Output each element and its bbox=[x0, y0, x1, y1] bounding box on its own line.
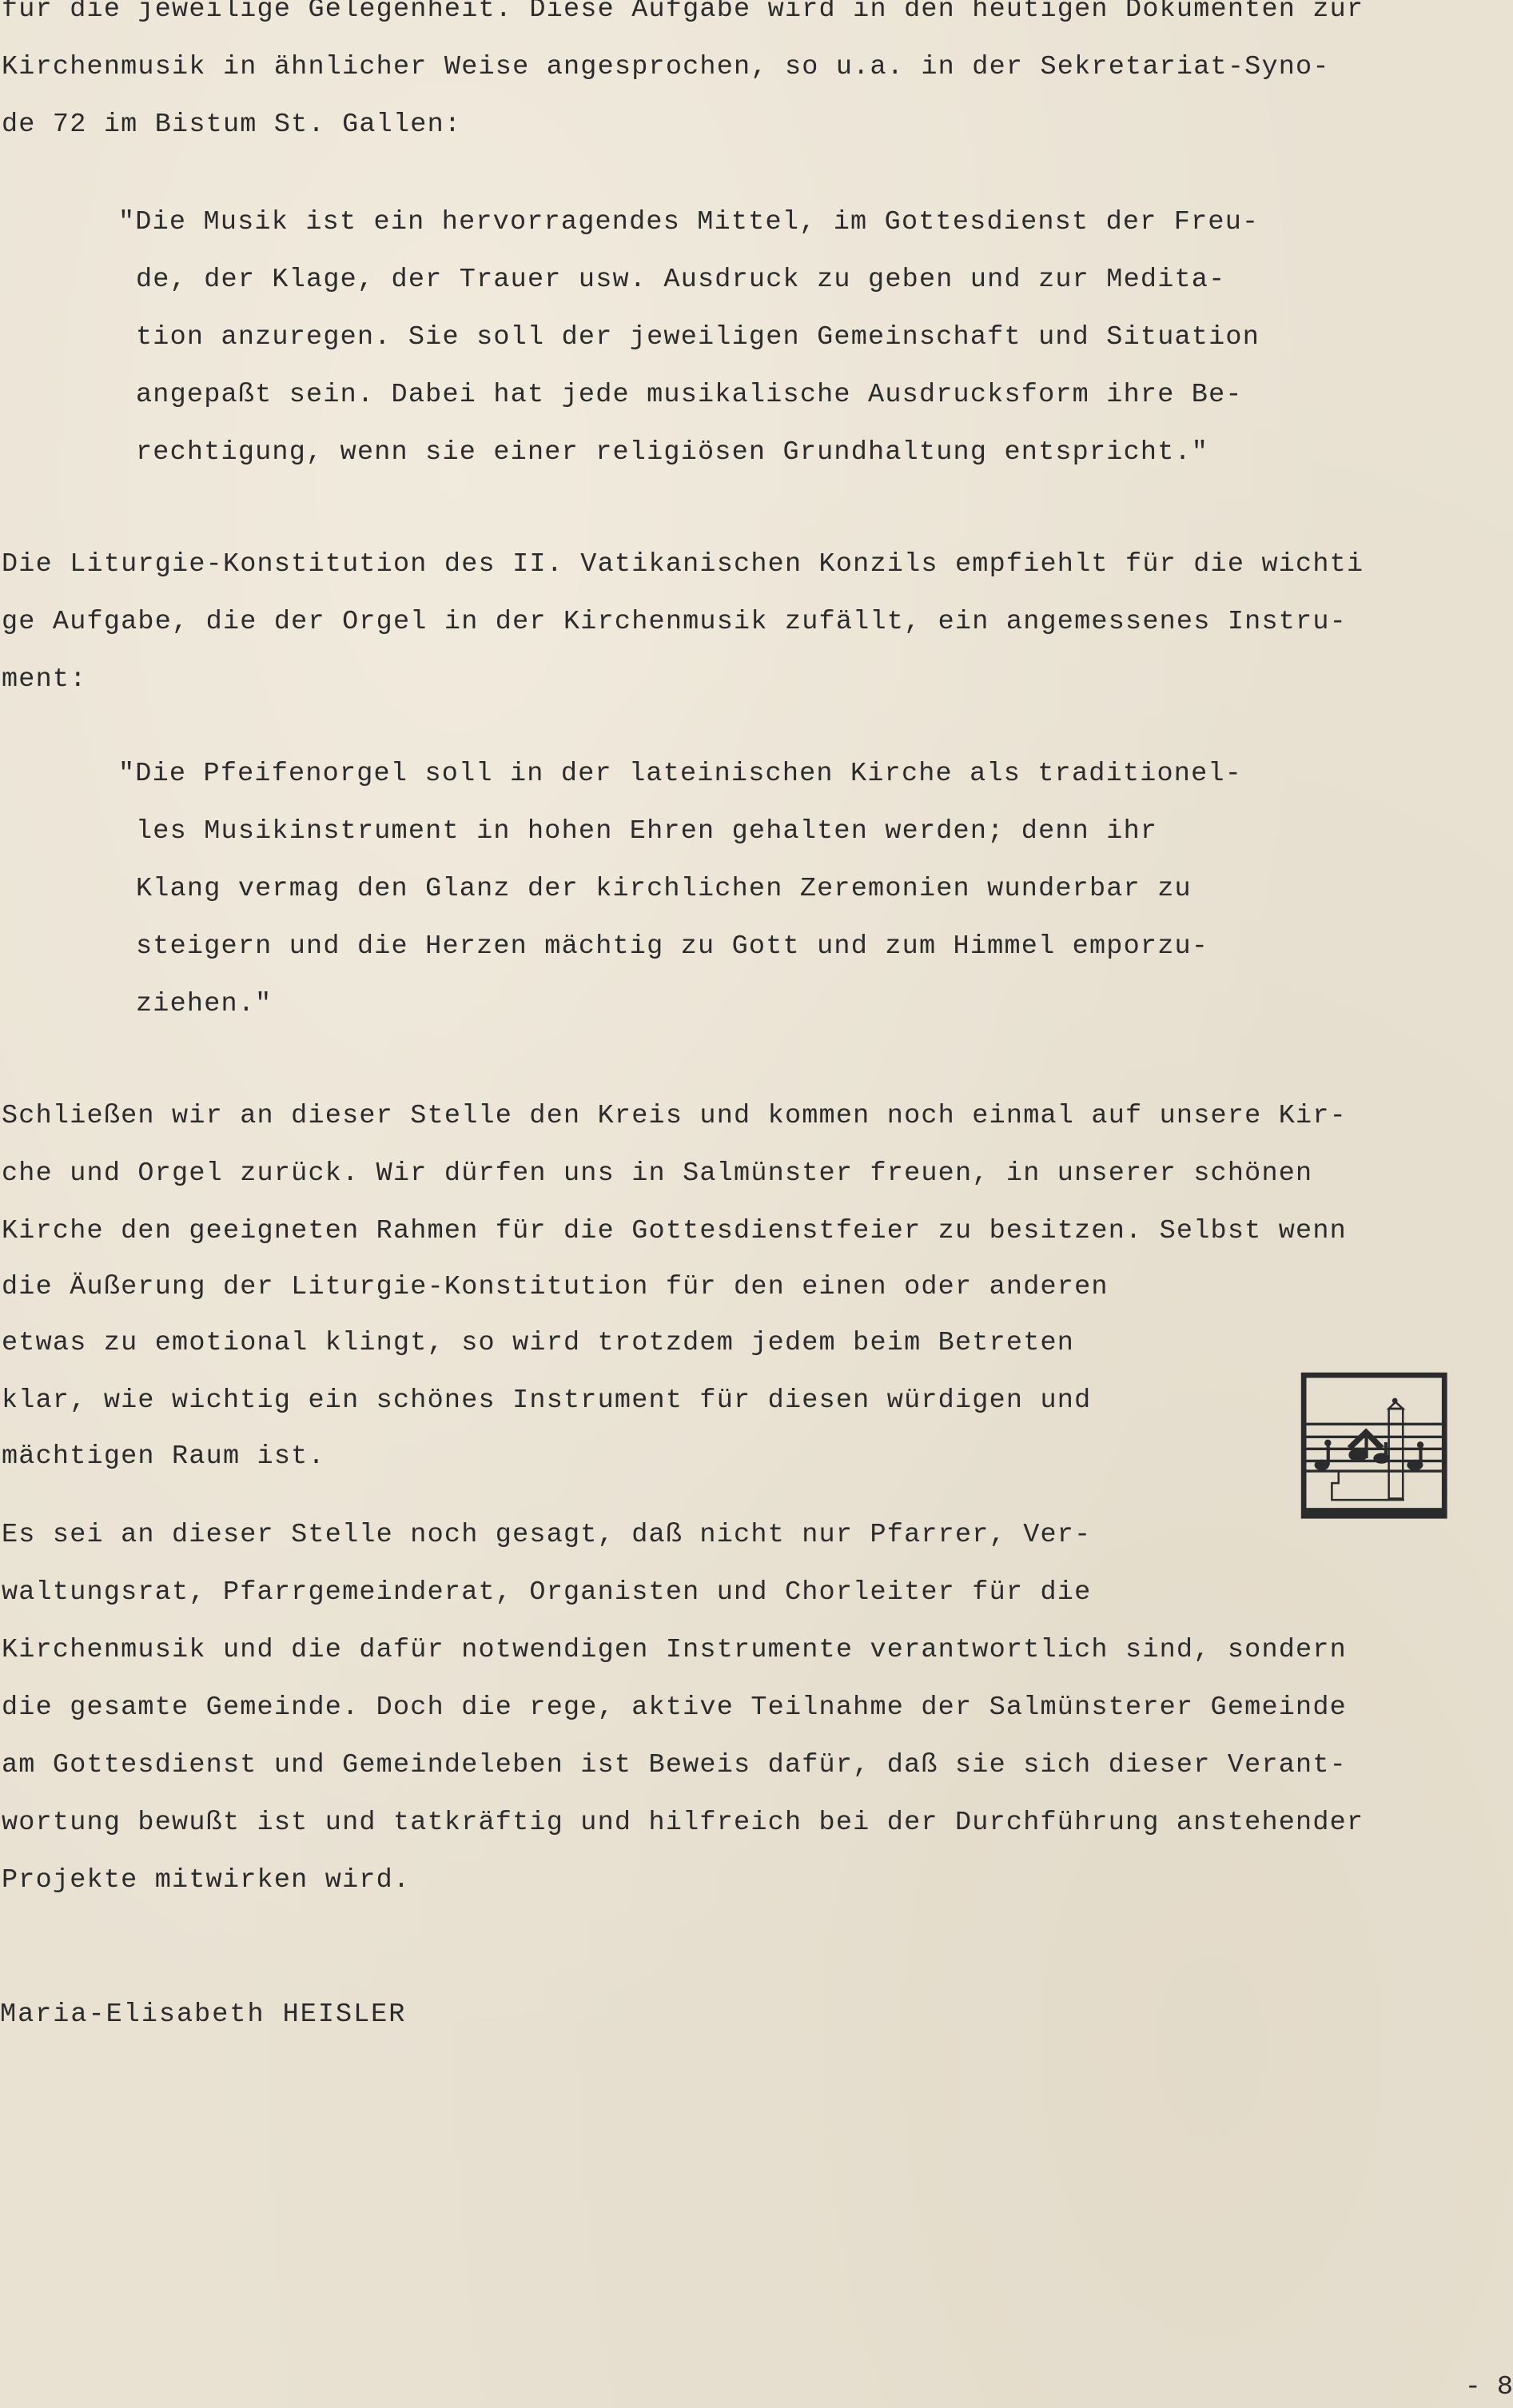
text-line: Kirchenmusik in ähnlicher Weise angespro… bbox=[2, 51, 1330, 83]
quote-line: les Musikinstrument in hohen Ehren gehal… bbox=[136, 815, 1157, 847]
quote-line: angepaßt sein. Dabei hat jede musikalisc… bbox=[136, 379, 1243, 411]
text-line: Die Liturgie-Konstitution des II. Vatika… bbox=[2, 548, 1364, 580]
quote-line: ziehen." bbox=[136, 988, 272, 1020]
quote-line: "Die Pfeifenorgel soll in der lateinisch… bbox=[118, 758, 1242, 790]
quote-line: steigern und die Herzen mächtig zu Gott … bbox=[136, 931, 1208, 963]
text-line: am Gottesdienst und Gemeindeleben ist Be… bbox=[2, 1749, 1347, 1781]
quote-line: rechtigung, wenn sie einer religiösen Gr… bbox=[136, 437, 1208, 468]
text-line: die gesamte Gemeinde. Doch die rege, akt… bbox=[2, 1692, 1347, 1724]
text-line: ge Aufgabe, die der Orgel in der Kirchen… bbox=[2, 606, 1347, 638]
text-line: Projekte mitwirken wird. bbox=[2, 1864, 410, 1896]
music-staff-organ-icon bbox=[1283, 1359, 1459, 1533]
text-line: für die jeweilige Gelegenheit. Diese Auf… bbox=[2, 0, 1364, 26]
text-line: Schließen wir an dieser Stelle den Kreis… bbox=[2, 1100, 1347, 1132]
text-line: Kirchenmusik und die dafür notwendigen I… bbox=[2, 1634, 1347, 1666]
text-line: die Äußerung der Liturgie-Konstitution f… bbox=[2, 1271, 1109, 1303]
text-line: ment: bbox=[2, 664, 87, 696]
page-number: - 8 bbox=[1465, 2371, 1513, 2403]
text-line: mächtigen Raum ist. bbox=[2, 1441, 325, 1473]
text-line: wortung bewußt ist und tatkräftig und hi… bbox=[2, 1807, 1364, 1839]
text-line: de 72 im Bistum St. Gallen: bbox=[2, 109, 461, 141]
quote-line: Klang vermag den Glanz der kirchlichen Z… bbox=[136, 873, 1192, 905]
document-page: für die jeweilige Gelegenheit. Diese Auf… bbox=[0, 0, 1513, 2408]
text-line: etwas zu emotional klingt, so wird trotz… bbox=[2, 1327, 1074, 1359]
quote-line: "Die Musik ist ein hervorragendes Mittel… bbox=[118, 206, 1259, 238]
author-signature: Maria-Elisabeth HEISLER bbox=[0, 1999, 406, 2031]
quote-line: de, der Klage, der Trauer usw. Ausdruck … bbox=[136, 264, 1225, 296]
quote-line: tion anzuregen. Sie soll der jeweiligen … bbox=[136, 321, 1260, 353]
text-line: waltungsrat, Pfarrgemeinderat, Organiste… bbox=[2, 1577, 1091, 1609]
text-line: che und Orgel zurück. Wir dürfen uns in … bbox=[2, 1158, 1312, 1190]
text-line: klar, wie wichtig ein schönes Instrument… bbox=[2, 1385, 1091, 1417]
text-line: Es sei an dieser Stelle noch gesagt, daß… bbox=[2, 1519, 1091, 1551]
text-line: Kirche den geeigneten Rahmen für die Got… bbox=[2, 1215, 1347, 1247]
